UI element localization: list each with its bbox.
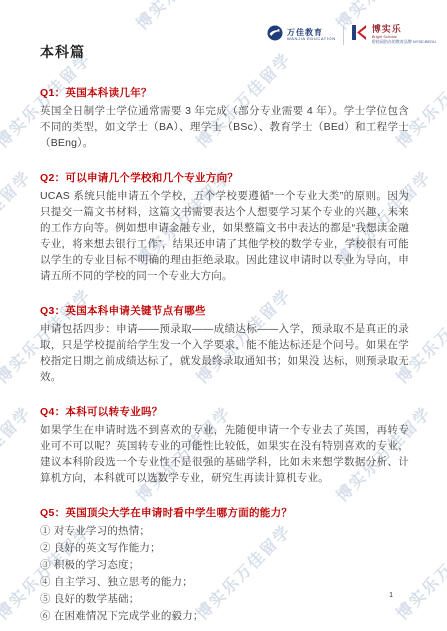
qa-list: Q1：英国本科读几年？ 英国全日制学士学位通常需要 3 年完成（部分专业需要 4… — [40, 86, 409, 625]
answer-list-item: ④ 自主学习、独立思考的能力； — [40, 574, 409, 591]
qa-section: Q5：英国顶尖大学在申请时看中学生哪方面的能力？ ① 对专业学习的热情；② 良好… — [40, 506, 409, 625]
answer-list-item: ⑥ 在困难情况下完成学业的毅力； — [40, 608, 409, 625]
page-number: 1 — [389, 592, 393, 599]
answer-body: UCAS 系统只能申请五个学校，五个学校要遵循“一个专业大类”的原则。因为只提交… — [40, 188, 409, 284]
document-title: 本科篇 — [40, 44, 447, 60]
question-heading: Q5：英国顶尖大学在申请时看中学生哪方面的能力？ — [40, 506, 409, 520]
bright-scholar-mark-icon — [351, 24, 368, 46]
answer-list-item: ② 良好的英文写作能力； — [40, 540, 409, 557]
answer-list-item: ⑤ 良好的数学基础； — [40, 591, 409, 608]
header-logos: 万佳教育 WANJIA EDUCATION 博实乐 Bright Scholar… — [267, 24, 436, 46]
watermark-text: 博实乐万佳留学 — [0, 165, 36, 270]
answer-body: 如果学生在申请时选不到喜欢的专业，先随便申请一个专业去了英国，再转专业可不可以呢… — [40, 422, 409, 486]
answer-body: 英国全日制学士学位通常需要 3 年完成（部分专业需要 4 年）。学士学位包含不同… — [40, 103, 409, 151]
answer-list-item: ① 对专业学习的热情； — [40, 523, 409, 540]
question-heading: Q1：英国本科读几年？ — [40, 86, 409, 100]
logo-divider — [343, 26, 344, 45]
document-page: 博实乐万佳留学博实乐万佳留学博实乐万佳留学博实乐万佳留学博实乐万佳留学博实乐万佳… — [0, 0, 447, 631]
answer-paragraph: 英国全日制学士学位通常需要 3 年完成（部分专业需要 4 年）。学士学位包含不同… — [40, 103, 409, 151]
answer-paragraph: 如果学生在申请时选不到喜欢的专业，先随便申请一个专业去了英国，再转专业可不可以呢… — [40, 422, 409, 486]
wanjia-logo-subtext: WANJIA EDUCATION — [287, 37, 336, 42]
watermark-text: 博实乐万佳留学 — [0, 0, 36, 34]
question-heading: Q4：本科可以转专业吗？ — [40, 405, 409, 419]
qa-section: Q1：英国本科读几年？ 英国全日制学士学位通常需要 3 年完成（部分专业需要 4… — [40, 86, 409, 151]
qa-section: Q2：可以申请几个学校和几个专业方向？ UCAS 系统只能申请五个学校，五个学校… — [40, 171, 409, 284]
bright-scholar-tagline: 碧桂园创办的教育品牌 NYSE:BEDU — [372, 40, 436, 45]
answer-list-item: ③ 积极的学习态度； — [40, 557, 409, 574]
qa-section: Q3：英国本科申请关键节点有哪些 申请包括四步：申请——预录取——成绩达标——入… — [40, 304, 409, 385]
watermark-text: 博实乐万佳留学 — [130, 0, 235, 34]
watermark-text: 博实乐万佳留学 — [0, 401, 36, 506]
wanjia-education-logo: 万佳教育 WANJIA EDUCATION — [267, 25, 336, 46]
question-heading: Q3：英国本科申请关键节点有哪些 — [40, 304, 409, 318]
wanjia-globe-icon — [267, 25, 283, 46]
answer-paragraph: UCAS 系统只能申请五个学校，五个学校要遵循“一个专业大类”的原则。因为只提交… — [40, 188, 409, 284]
answer-body: 申请包括四步：申请——预录取——成绩达标——入学，预录取不是真正的录取，只是学校… — [40, 321, 409, 385]
qa-section: Q4：本科可以转专业吗？ 如果学生在申请时选不到喜欢的专业，先随便申请一个专业去… — [40, 405, 409, 486]
question-heading: Q2：可以申请几个学校和几个专业方向？ — [40, 171, 409, 185]
answer-paragraph: 申请包括四步：申请——预录取——成绩达标——入学，预录取不是真正的录取，只是学校… — [40, 321, 409, 385]
bright-scholar-logo: 博实乐 Bright Scholar 碧桂园创办的教育品牌 NYSE:BEDU — [351, 24, 436, 46]
answer-body: ① 对专业学习的热情；② 良好的英文写作能力；③ 积极的学习态度；④ 自主学习、… — [40, 523, 409, 625]
